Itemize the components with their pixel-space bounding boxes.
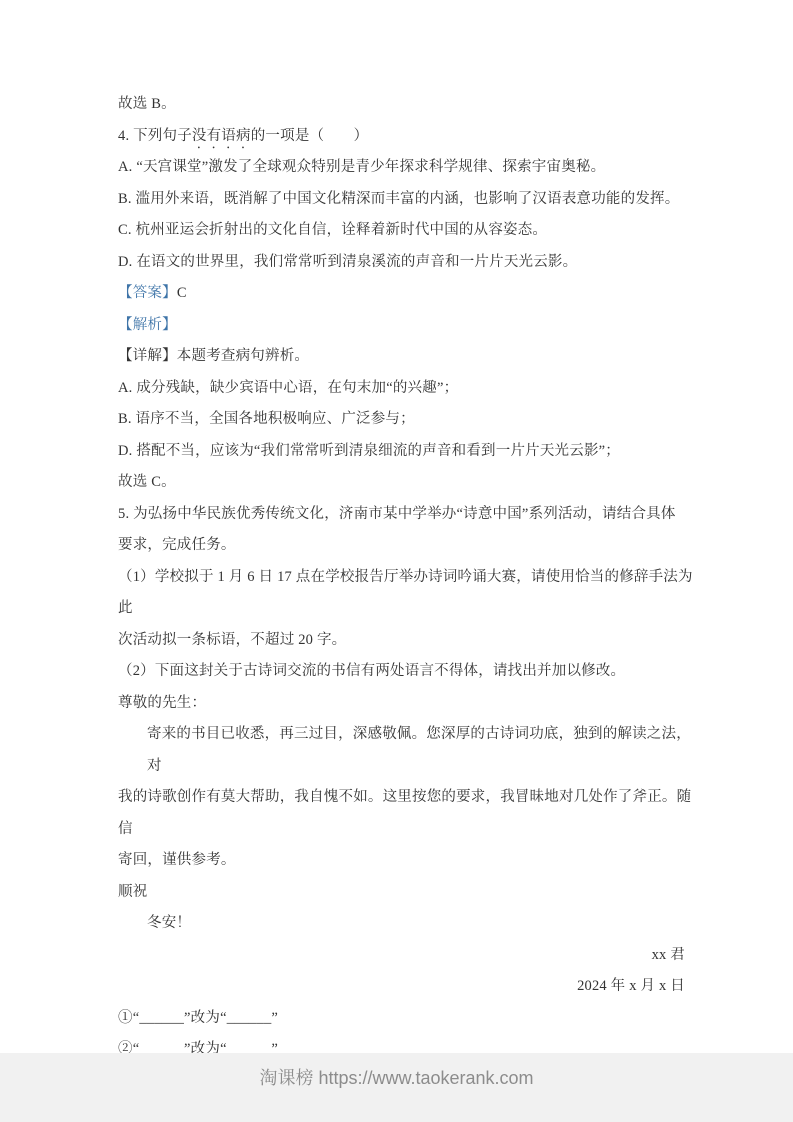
q5-task1-line-2: 次活动拟一条标语，不超过 20 字。 (118, 625, 703, 657)
q4-analysis-line: 【解析】 (118, 310, 703, 342)
letter-body-line-3: 寄回，谨供参考。 (118, 845, 703, 877)
letter-date: 2024 年 x 月 x 日 (118, 971, 703, 1003)
q5-task1-line-1: （1）学校拟于 1 月 6 日 17 点在学校报告厅举办诗词吟诵大赛，请使用恰当… (118, 562, 703, 625)
q5-stem-line-2: 要求，完成任务。 (118, 530, 703, 562)
q4-option-a: A. “天宫课堂”激发了全球观众特别是青少年探求科学规律、探索宇宙奥秘。 (118, 152, 703, 184)
q4-option-c: C. 杭州亚运会折射出的文化自信，诠释着新时代中国的从容姿态。 (118, 215, 703, 247)
letter-salutation: 尊敬的先生： (118, 688, 703, 720)
q3-conclusion: 故选 B。 (118, 89, 703, 121)
q4-point-d: D. 搭配不当，应该为“我们常常听到清泉细流的声音和看到一片片天光云影”； (118, 436, 703, 468)
q5-task2: （2）下面这封关于古诗词交流的书信有两处语言不得体，请找出并加以修改。 (118, 656, 703, 688)
q5-blank-line-1: ①“______”改为“______” (118, 1003, 703, 1035)
q4-detail: 【详解】本题考查病句辨析。 (118, 341, 703, 373)
letter-signature: xx 君 (118, 940, 703, 972)
q5-stem-line-1: 5. 为弘扬中华民族优秀传统文化，济南市某中学举办“诗意中国”系列活动，请结合具… (118, 499, 703, 531)
q4-point-a: A. 成分残缺，缺少宾语中心语，在句末加“的兴趣”； (118, 373, 703, 405)
q4-conclusion: 故选 C。 (118, 467, 703, 499)
q4-stem-prefix: 4. 下列句子 (118, 128, 192, 144)
document-content: 故选 B。 4. 下列句子没有语病的一项是（ ） A. “天宫课堂”激发了全球观… (118, 89, 703, 1122)
answer-label: 【答案】 (118, 285, 177, 301)
letter-wish: 顺祝 (118, 877, 703, 909)
q4-answer-value: C (177, 285, 187, 301)
letter-body-line-1: 寄来的书目已收悉，再三过目，深感敬佩。您深厚的古诗词功底，独到的解读之法，对 (118, 719, 703, 782)
q4-point-b: B. 语序不当，全国各地积极响应、广泛参与； (118, 404, 703, 436)
letter-greeting: 冬安！ (118, 908, 703, 940)
q4-stem-suffix: 的一项是（ ） (251, 128, 369, 144)
letter-body-line-2: 我的诗歌创作有莫大帮助，我自愧不如。这里按您的要求，我冒昧地对几处作了斧正。随信 (118, 782, 703, 845)
q4-stem-emphasized-text: 没有语病 (192, 128, 251, 144)
document-page: 故选 B。 4. 下列句子没有语病的一项是（ ） A. “天宫课堂”激发了全球观… (0, 0, 793, 1122)
q4-answer-line: 【答案】C (118, 278, 703, 310)
q4-option-b: B. 滥用外来语，既消解了中国文化精深而丰富的内涵，也影响了汉语表意功能的发挥。 (118, 184, 703, 216)
footer-watermark-text: 淘课榜 https://www.taokerank.com (259, 1068, 533, 1088)
q4-stem: 4. 下列句子没有语病的一项是（ ） (118, 121, 703, 153)
analysis-label: 【解析】 (118, 317, 177, 333)
footer-watermark-band: 淘课榜 https://www.taokerank.com (0, 1053, 793, 1122)
q4-option-d: D. 在语文的世界里，我们常常听到清泉溪流的声音和一片片天光云影。 (118, 247, 703, 279)
